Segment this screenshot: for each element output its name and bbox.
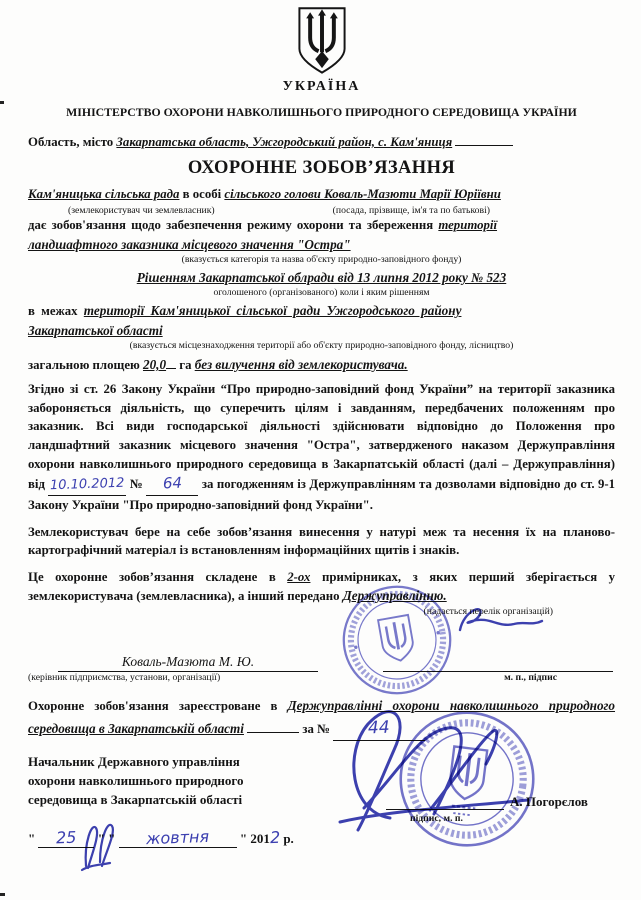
registration-text: Охоронне зобов'язання зареєстроване в [28, 699, 277, 713]
decision-value: Рішенням Закарпатської облради від 13 ли… [137, 270, 507, 285]
coat-of-arms-icon [293, 6, 351, 76]
area-value: 20,0 [143, 357, 166, 372]
copies-recipient: Держуправлінню. [343, 588, 447, 603]
scan-speck [0, 101, 4, 104]
year-suffix: р. [283, 831, 293, 846]
order-date-handwritten: 10.10.2012 [50, 475, 125, 496]
caption-official-sign: підпис, м. п. [410, 813, 463, 825]
month-handwritten: жовтня [146, 827, 210, 848]
caption-signatory: (керівник підприємства, установи, органі… [28, 672, 318, 684]
order-date-field: 10.10.2012 [48, 475, 126, 496]
caption-decision: оголошеного (організованого) коли і яким… [28, 287, 615, 299]
signatory-name: Коваль-Мазюта М. Ю. [58, 654, 318, 672]
caption-position: (посада, прізвище, ім'я та по батькові) [333, 205, 490, 217]
region-value: Закарпатська область, Ужгородський район… [116, 135, 452, 149]
duty-paragraph: Землекористувач бере на себе зобов’язанн… [28, 523, 615, 560]
registration-no-field: 44 [333, 716, 425, 742]
location-value-2: Закарпатської області [28, 323, 163, 338]
registration-no-label: за № [302, 722, 330, 736]
country-name: УКРАЇНА [28, 79, 615, 95]
document-page: УКРАЇНА МІНІСТЕРСТВО ОХОРОНИ НАВКОЛИШНЬО… [0, 0, 641, 900]
area-unit: га [179, 358, 191, 372]
quote-mark: " [240, 831, 247, 846]
location-line: в межах території Кам'яницької сільської… [28, 301, 615, 321]
blank-line [166, 355, 176, 369]
day-field: 25 [38, 828, 94, 848]
document-title: ОХОРОННЕ ЗОБОВ’ЯЗАННЯ [28, 158, 615, 179]
year-printed: 201 [250, 831, 270, 846]
official-position-3: середовища в Закарпатській області [28, 791, 358, 810]
official-signature-line [386, 793, 504, 810]
copies-count: 2-ох [287, 570, 310, 584]
registration-no-handwritten: 44 [368, 715, 390, 740]
decision-line: Рішенням Закарпатської облради від 13 ли… [28, 268, 615, 288]
obligor-captions: (землекористувач чи землевласник) (посад… [28, 205, 615, 217]
order-no-field: 64 [146, 473, 198, 496]
year-digit-handwritten: 2 [270, 828, 281, 847]
blank-line [247, 719, 299, 733]
day-handwritten: 25 [56, 827, 77, 847]
caption-object-category: (вказується категорія та назва об'єкту п… [28, 254, 615, 266]
obligor-connector: в особі [183, 187, 222, 201]
blank-line [455, 132, 513, 146]
order-no-handwritten: 64 [163, 473, 183, 495]
date-line: " 25 " " жовтня " 2012 р. [28, 828, 615, 848]
official-name: А. Погорєлов [510, 794, 588, 810]
order-no-label: № [130, 477, 143, 491]
location-line-2: Закарпатської області [28, 321, 615, 341]
area-note: без вилучення від землекористувача. [195, 357, 408, 372]
protected-object-line: ландшафтного заказника місцевого значенн… [28, 235, 615, 255]
region-line: Область, місто Закарпатська область, Ужг… [28, 132, 615, 150]
seal-caption: м. п., підпис [380, 672, 615, 684]
quote-mark: " [28, 831, 35, 846]
caption-location: (вказується місцезнаходження території а… [28, 340, 615, 352]
area-line: загальною площею 20,0 га без вилучення в… [28, 355, 615, 375]
obligor-name: Кам'яницька сільська рада [28, 187, 179, 201]
quote-marks: " " [98, 831, 116, 846]
area-label: загальною площею [28, 358, 140, 372]
caption-organizations: (надається перелік організацій) [28, 606, 615, 618]
copies-text-1: Це охоронне зобов’язання складене в [28, 570, 276, 584]
ministry-title: МІНІСТЕРСТВО ОХОРОНИ НАВКОЛИШНЬОГО ПРИРО… [28, 105, 615, 120]
law-paragraph: Згідно зі ст. 26 Закону України “Про при… [28, 380, 615, 514]
obligor-representative: сільського голови Коваль-Мазюти Марії Юр… [224, 187, 500, 201]
scan-speck [0, 893, 5, 896]
seal-signature-line [383, 641, 613, 672]
protected-object-part1: території [438, 218, 497, 232]
region-label: Область, місто [28, 135, 113, 149]
month-field: жовтня [119, 828, 237, 848]
location-label: в межах [28, 304, 78, 318]
commitment-lead: дає зобов'язання щодо забезпечення режим… [28, 218, 433, 232]
copies-paragraph: Це охоронне зобов’язання складене в 2-ох… [28, 568, 615, 606]
official-position-2: охорони навколишнього природного [28, 772, 358, 791]
official-block: Начальник Державного управління охорони … [28, 753, 615, 810]
registration-paragraph: Охоронне зобов'язання зареєстроване в Де… [28, 696, 615, 741]
obligor-line: Кам'яницька сільська рада в особі сільсь… [28, 185, 615, 204]
commitment-lead-line: дає зобов'язання щодо забезпечення режим… [28, 216, 615, 235]
protected-object-part2: ландшафтного заказника місцевого значенн… [28, 237, 351, 252]
location-value-1: території Кам'яницької сільської ради Уж… [84, 303, 462, 318]
caption-landuser: (землекористувач чи землевласник) [68, 205, 215, 217]
official-position-1: Начальник Державного управління [28, 753, 358, 772]
signatory-block: Коваль-Мазюта М. Ю. (керівник підприємст… [28, 641, 615, 684]
